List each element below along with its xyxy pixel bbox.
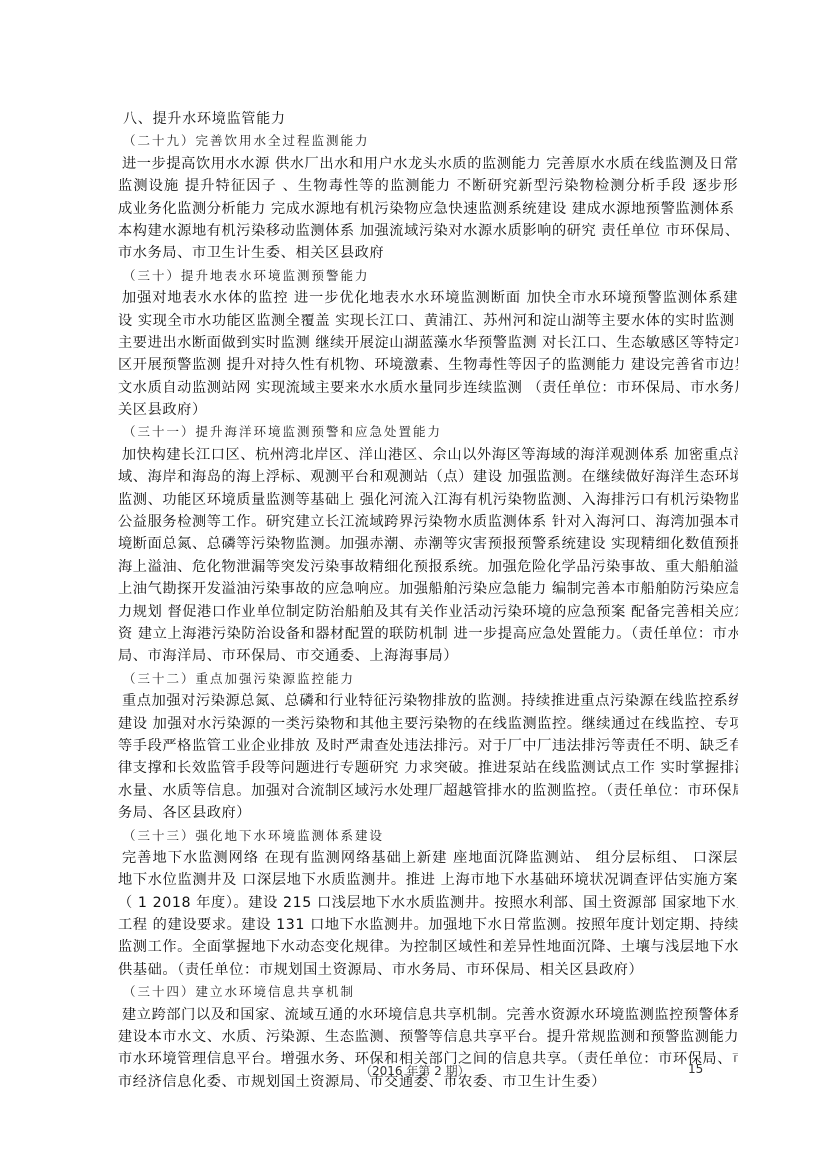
subsection-29: （二十九）完善饮用水全过程监测能力 进一步提高饮用水水源 供水厂出水和用户水龙头… [118,130,738,264]
paragraph-line: （ 1 2018 年度）。建设 215 口浅层地下水水质监测井。按照水利部、国土… [118,892,738,914]
subsection-heading: （三十一）提升海洋环境监测预警和应急处置能力 [118,421,738,443]
paragraph-line: 资 建立上海港污染防治设备和器材配置的联防机制 进一步提高应急处置能力。（责任单… [118,623,738,645]
paragraph-line: 上油气勘探开发溢油污染事故的应急响应。加强船舶污染应急能力 编制完善本市船舶防污… [118,578,738,600]
subsection-heading: （三十）提升地表水环境监测预警能力 [118,265,738,287]
paragraph-line: 建立跨部门以及和国家、流域互通的水环境信息共享机制。完善水资源水环境监测监控预警… [118,1004,738,1026]
paragraph-line: 文水质自动监测站网 实现流域主要来水水质水量同步连续监测 （责任单位：市环保局、… [118,377,738,399]
subsection-heading: （三十三）强化地下水环境监测体系建设 [118,825,738,847]
paragraph-line: 关区县政府） [118,399,738,421]
paragraph-line: 水量、水质等信息。加强对合流制区域污水处理厂超越管排水的监测监控。（责任单位：市… [118,780,738,802]
paragraph-line: 地下水位监测井及 口深层地下水质监测井。推进 上海市地下水基础环境状况调查评估实… [118,869,738,891]
paragraph-line: 成业务化监测分析能力 完成水源地有机污染物应急快速监测系统建设 建成水源地预警监… [118,198,738,220]
paragraph-line: 加强对地表水水体的监控 进一步优化地表水水环境监测断面 加快全市水环境预警监测体… [118,287,738,309]
paragraph-line: 建设 加强对水污染源的一类污染物和其他主要污染物的在线监测监控。继续通过在线监控… [118,713,738,735]
paragraph-line: 建设本市水文、水质、污染源、生态监测、预警等信息共享平台。提升常规监测和预警监测… [118,1026,738,1048]
paragraph-line: 力规划 督促港口作业单位制定防治船舶及其有关作业活动污染环境的应急预案 配备完善… [118,601,738,623]
paragraph-line: 本构建水源地有机污染移动监测体系 加强流域污染对水源水质影响的研究 责任单位 市… [118,220,738,242]
paragraph-line: 设 实现全市水功能区监测全覆盖 实现长江口、黄浦江、苏州河和淀山湖等主要水体的实… [118,310,738,332]
document-page: 八、提升水环境监管能力 （二十九）完善饮用水全过程监测能力 进一步提高饮用水水源… [118,108,738,1093]
paragraph-line: 域、海岸和海岛的海上浮标、观测平台和观测站（点）建设 加强监测。在继续做好海洋生… [118,466,738,488]
subsection-31: （三十一）提升海洋环境监测预警和应急处置能力 加快构建长江口区、杭州湾北岸区、洋… [118,421,738,667]
paragraph-line: 境断面总氮、总磷等污染物监测。加强赤潮、赤潮等灾害预报预警系统建设 实现精细化数… [118,533,738,555]
subsection-33: （三十三）强化地下水环境监测体系建设 完善地下水监测网络 在现有监测网络基础上新… [118,825,738,982]
paragraph-line: 完善地下水监测网络 在现有监测网络基础上新建 座地面沉降监测站、 组分层标组、 … [118,847,738,869]
paragraph-line: 工程 的建设要求。建设 131 口地下水监测井。加强地下水日常监测。按照年度计划… [118,914,738,936]
paragraph-line: 局、市海洋局、市环保局、市交通委、上海海事局） [118,645,738,667]
paragraph-line: 律支撑和长效监管手段等问题进行专题研究 力求突破。推进泵站在线监测试点工作 实时… [118,757,738,779]
paragraph-line: 监测工作。全面掌握地下水动态变化规律。为控制区域性和差异性地面沉降、土壤与浅层地… [118,936,738,958]
subsection-heading: （二十九）完善饮用水全过程监测能力 [118,130,738,152]
section-title: 八、提升水环境监管能力 [118,108,738,130]
paragraph-line: 等手段严格监管工业企业排放 及时严肃查处违法排污。对于厂中厂违法排污等责任不明、… [118,735,738,757]
paragraph-line: 公益服务检测等工作。研究建立长江流域跨界污染物水质监测体系 针对入海河口、海湾加… [118,511,738,533]
paragraph-line: 区开展预警监测 提升对持久性有机物、环境激素、生物毒性等因子的监测能力 建设完善… [118,354,738,376]
paragraph-line: 市水务局、市卫生计生委、相关区县政府 [118,242,738,264]
paragraph-line: 加快构建长江口区、杭州湾北岸区、洋山港区、佘山以外海区等海域的海洋观测体系 加密… [118,444,738,466]
subsection-32: （三十二）重点加强污染源监控能力 重点加强对污染源总氮、总磷和行业特征污染物排放… [118,668,738,825]
paragraph-line: 重点加强对污染源总氮、总磷和行业特征污染物排放的监测。持续推进重点污染源在线监控… [118,690,738,712]
issue-label: （2016 年第 2 期） [360,1062,470,1079]
paragraph-line: 进一步提高饮用水水源 供水厂出水和用户水龙头水质的监测能力 完善原水水质在线监测… [118,153,738,175]
paragraph-line: 监测、功能区环境质量监测等基础上 强化河流入江海有机污染物监测、入海排污口有机污… [118,489,738,511]
paragraph-line: 主要进出水断面做到实时监测 继续开展淀山湖蓝藻水华预警监测 对长江口、生态敏感区… [118,332,738,354]
paragraph-line: 海上溢油、危化物泄漏等突发污染事故精细化预报系统。加强危险化学品污染事故、重大船… [118,556,738,578]
subsection-30: （三十）提升地表水环境监测预警能力 加强对地表水水体的监控 进一步优化地表水水环… [118,265,738,422]
paragraph-line: 供基础。（责任单位：市规划国土资源局、市水务局、市环保局、相关区县政府） [118,959,738,981]
paragraph-line: 监测设施 提升特征因子 、生物毒性等的监测能力 不断研究新型污染物检测分析手段 … [118,175,738,197]
subsection-heading: （三十四）建立水环境信息共享机制 [118,981,738,1003]
paragraph-line: 务局、各区县政府） [118,802,738,824]
page-number: 15 [688,1062,703,1076]
subsection-heading: （三十二）重点加强污染源监控能力 [118,668,738,690]
